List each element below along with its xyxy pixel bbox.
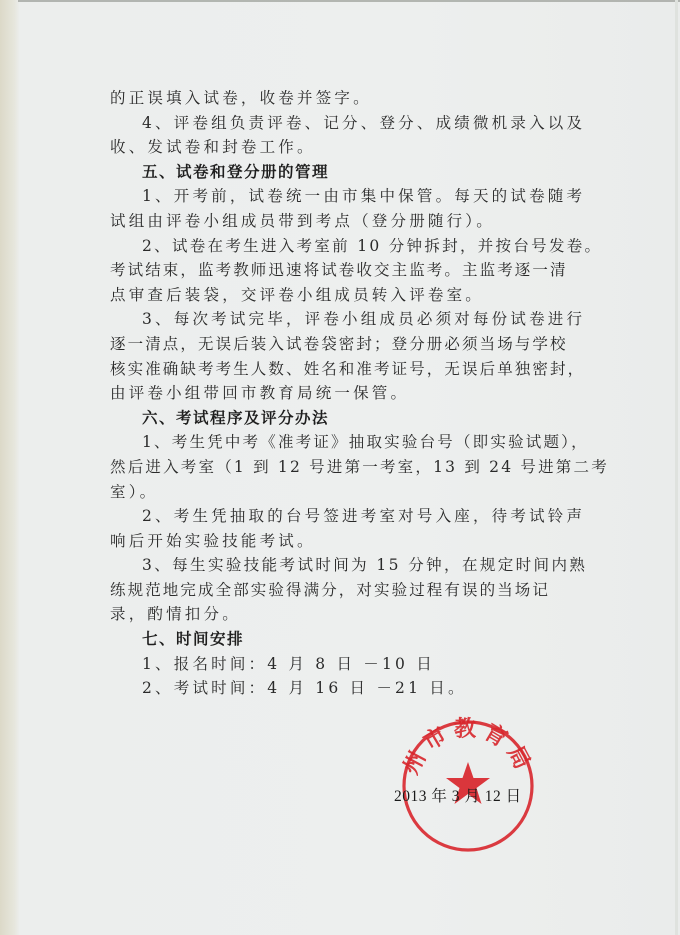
text-line: 1、报名时间：4 月 8 日 －10 日 bbox=[110, 652, 570, 677]
page-top-edge bbox=[18, 0, 680, 2]
page-right-edge bbox=[675, 0, 678, 935]
section-heading-5: 五、试卷和登分册的管理 bbox=[110, 160, 570, 185]
text-line: 响后开始实验技能考试。 bbox=[110, 529, 570, 554]
document-date: 2013 年 3 月 12 日 bbox=[394, 784, 522, 806]
section-heading-7: 七、时间安排 bbox=[110, 627, 570, 652]
text-line: 练规范地完成全部实验得满分，对实验过程有误的当场记 bbox=[110, 578, 570, 603]
text-line: 点审查后装袋，交评卷小组成员转入评卷室。 bbox=[110, 283, 570, 308]
text-line: 1、开考前，试卷统一由市集中保管。每天的试卷随考 bbox=[110, 184, 570, 209]
text-line: 2、考试时间：4 月 16 日 －21 日。 bbox=[110, 676, 570, 701]
text-line: 核实准确缺考考生人数、姓名和准考证号，无误后单独密封， bbox=[110, 357, 570, 382]
text-line: 由评卷小组带回市教育局统一保管。 bbox=[110, 381, 570, 406]
text-line: 试组由评卷小组成员带到考点（登分册随行）。 bbox=[110, 209, 570, 234]
text-line: 2、考生凭抽取的台号签进考室对号入座，待考试铃声 bbox=[110, 504, 570, 529]
text-line: 录，酌情扣分。 bbox=[110, 602, 570, 627]
text-line: 1、考生凭中考《准考证》抽取实验台号（即实验试题）， bbox=[110, 430, 570, 455]
section-heading-6: 六、考试程序及评分办法 bbox=[110, 406, 570, 431]
text-line: 收、发试卷和封卷工作。 bbox=[110, 135, 570, 160]
scanned-page: 的正误填入试卷，收卷并签字。 4、评卷组负责评卷、记分、登分、成绩微机录入以及 … bbox=[0, 0, 680, 935]
text-line: 2、试卷在考生进入考室前 10 分钟拆封，并按台号发卷。 bbox=[110, 234, 570, 259]
text-line: 3、每次考试完毕，评卷小组成员必须对每份试卷进行 bbox=[110, 307, 570, 332]
text-line: 考试结束，监考教师迅速将试卷收交主监考。主监考逐一清 bbox=[110, 258, 570, 283]
text-line: 逐一清点，无误后装入试卷袋密封；登分册必须当场与学校 bbox=[110, 332, 570, 357]
text-line: 室）。 bbox=[110, 480, 570, 505]
text-line: 的正误填入试卷，收卷并签字。 bbox=[110, 86, 570, 111]
text-line: 然后进入考室（1 到 12 号进第一考室，13 到 24 号进第二考 bbox=[110, 455, 570, 480]
text-line: 3、每生实验技能考试时间为 15 分钟，在规定时间内熟 bbox=[110, 553, 570, 578]
text-line: 4、评卷组负责评卷、记分、登分、成绩微机录入以及 bbox=[110, 111, 570, 136]
document-body: 的正误填入试卷，收卷并签字。 4、评卷组负责评卷、记分、登分、成绩微机录入以及 … bbox=[110, 86, 570, 701]
